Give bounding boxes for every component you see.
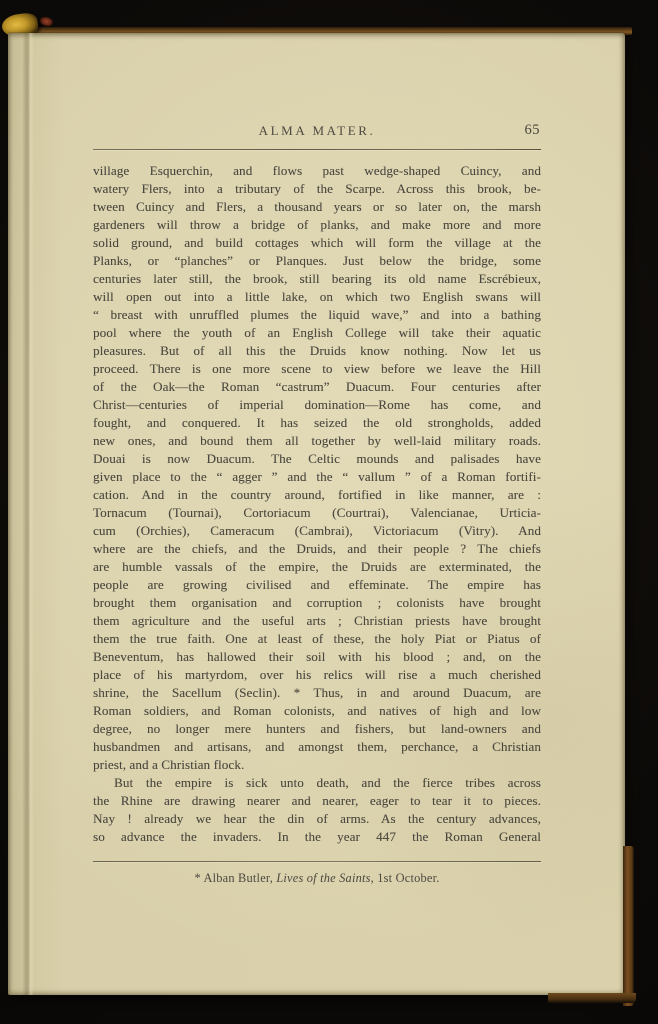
header-rule [93,149,541,150]
text-line: are humble vassals of the empire, the Dr… [93,558,541,576]
page-binding-crease [22,33,34,995]
text-line: cum (Orchies), Cameracum (Cambrai), Vict… [93,522,541,540]
book-page: ALMA MATER. 65 village Esquerchin, and f… [8,33,625,995]
text-line: new ones, and bound them all together by… [93,432,541,450]
text-line: pool where the youth of an English Colle… [93,324,541,342]
text-line: tween Cuincy and Flers, a thousand years… [93,198,541,216]
text-line: proceed. There is one more scene to view… [93,360,541,378]
text-line: solid ground, and build cottages which w… [93,234,541,252]
text-line: so advance the invaders. In the year 447… [93,828,541,846]
text-line: given place to the “ agger ” and the “ v… [93,468,541,486]
text-line: Planks, or “planches” or Planques. Just … [93,252,541,270]
text-line: village Esquerchin, and flows past wedge… [93,162,541,180]
text-line: husbandmen and artisans, and amongst the… [93,738,541,756]
text-line: watery Flers, into a tributary of the Sc… [93,180,541,198]
footnote-rule [93,861,541,862]
text-line: fought, and conquered. It has seized the… [93,414,541,432]
text-line: Beneventum, has hallowed their soil with… [93,648,541,666]
text-line: the Rhine are drawing nearer and nearer,… [93,792,541,810]
paragraph-2: But the empire is sick unto death, and t… [93,774,541,846]
text-line: Christ—centuries of imperial domination—… [93,396,541,414]
text-line: shrine, the Sacellum (Seclin). * Thus, i… [93,684,541,702]
page-number: 65 [525,122,541,139]
running-title: ALMA MATER. [93,123,541,139]
page-header: ALMA MATER. 65 [93,122,541,142]
text-line: brought them organisation and corruption… [93,594,541,612]
footnote-marker-author: * Alban Butler, [194,871,276,885]
text-line: them agriculture and the useful arts ; C… [93,612,541,630]
text-line: Roman soldiers, and Roman colonists, and… [93,702,541,720]
footnote-date: , 1st October. [371,871,440,885]
text-line: will open out into a little lake, on whi… [93,288,541,306]
text-line: Douai is now Duacum. The Celtic mounds a… [93,450,541,468]
book-cover-edge-right [623,846,634,1006]
scanned-book-photo: ALMA MATER. 65 village Esquerchin, and f… [0,0,658,1024]
text-line: But the empire is sick unto death, and t… [93,774,541,792]
text-line: where are the chiefs, and the Druids, an… [93,540,541,558]
footnote-work-title: Lives of the Saints [276,871,370,885]
text-line: cation. And in the country around, forti… [93,486,541,504]
book-cover-edge-bottom [548,993,636,1003]
text-line: them the true faith. One at least of the… [93,630,541,648]
text-line: place of his martyrdom, over his relics … [93,666,541,684]
text-line: of the Oak—the Roman “castrum” Duacum. F… [93,378,541,396]
text-line: people are growing civilised and effemin… [93,576,541,594]
text-line: Nay ! already we hear the din of arms. A… [93,810,541,828]
footnote: * Alban Butler, Lives of the Saints, 1st… [93,871,541,886]
text-line: priest, and a Christian flock. [93,756,541,774]
text-line: gardeners will throw a bridge of planks,… [93,216,541,234]
body-text: village Esquerchin, and flows past wedge… [93,162,541,846]
text-line: “ breast with unruffled plumes the liqui… [93,306,541,324]
text-line: Tornacum (Tournai), Cortoriacum (Courtra… [93,504,541,522]
paragraph-1: village Esquerchin, and flows past wedge… [93,162,541,774]
text-line: pleasures. But of all this the Druids kn… [93,342,541,360]
text-line: degree, no longer mere hunters and fishe… [93,720,541,738]
text-line: centuries later still, the brook, still … [93,270,541,288]
binding-speck-decoration [39,16,54,28]
